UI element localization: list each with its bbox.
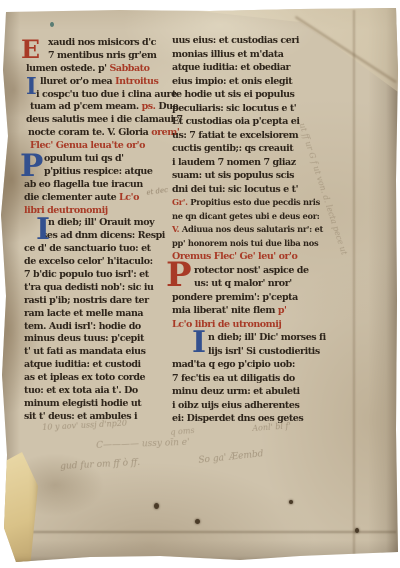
text-line: ab eo flagella tue iracun — [24, 179, 156, 192]
text-line: peculiaris: sic locutus e t' — [172, 102, 298, 116]
crease-line-horizontal — [6, 530, 396, 534]
text-line: opulum tui qs d' — [24, 153, 156, 166]
body-text: atque iuditia: et obediar — [172, 62, 290, 73]
text-line: minu deuz urm: et abuleti — [172, 385, 298, 399]
text-column-right: uus eius: et custodias cerimonias illius… — [172, 34, 298, 426]
text-line: mad'ta q ego p'cipio uob: — [172, 358, 298, 372]
body-text: p'pitius respice: atque — [44, 166, 152, 177]
body-text: minum elegisti hodie ut — [24, 398, 141, 409]
marginalia-note: gud fur om ff ò ff. — [60, 458, 140, 472]
text-line: ram lacte et melle mana — [24, 308, 156, 321]
text-line: lluret or'o mea Introitus — [24, 76, 156, 89]
text-line: i oibz uijs eius adherentes — [172, 399, 298, 413]
body-text: peculiaris: sic locutus e t' — [172, 103, 296, 114]
text-line: t'ra qua dedisti nob': sic iu — [24, 282, 156, 295]
text-line: pp' honorem nois tui due liba nos — [172, 237, 298, 251]
text-line: as et ipleas ex toto corde — [24, 372, 156, 385]
marginalia-note: q oms — [170, 426, 195, 437]
marginalia-note: So ga' Æembd — [198, 449, 264, 466]
text-line: rasti p'ib; nostris dare ter — [24, 295, 156, 308]
parchment-hole — [195, 519, 200, 524]
crease-line-vertical — [352, 10, 356, 558]
text-line: ne qn dicant getes ubi e deus eor: — [172, 210, 298, 224]
text-line: monias illius et m'data — [172, 48, 298, 62]
body-text: mia liberat' nite flem — [172, 305, 278, 316]
rubric-text: Gr'. — [172, 197, 190, 207]
text-line: suam: ut sis populus scis — [172, 169, 298, 183]
body-text: uus eius: et custodias ceri — [172, 35, 299, 46]
body-text: lijs isrl' Si custodieritis — [208, 346, 320, 357]
illuminated-initial: I — [26, 75, 37, 98]
parchment-hole — [154, 503, 159, 509]
text-line: i cospc'u tuo due i clina aure — [24, 89, 156, 102]
body-text: suam: ut sis populus scis — [172, 170, 294, 181]
body-text: dni dei tui: sic locutus e t' — [172, 184, 298, 195]
body-text: n dieb; ill' Dic' morses fi — [208, 332, 326, 343]
body-text: t' ut fati as mandata eius — [24, 346, 146, 357]
body-text: tuam ad p'cem meam. — [30, 101, 142, 112]
text-line: xaudi nos misicors d'c — [24, 37, 156, 50]
text-line: tem. Audi isrl': hodie do — [24, 321, 156, 334]
text-line: mia liberat' nite flem p' — [172, 304, 298, 318]
text-line: V. Adiuua nos deus salutaris nr': et — [172, 223, 298, 237]
text-line: cuctis gentib;: qs creauit — [172, 142, 298, 156]
text-line: deus salutis mee i die clamaui 7 — [24, 114, 156, 127]
text-line: minum elegisti hodie ut — [24, 398, 156, 411]
rubric-text: Lc'o libri de utronomij — [172, 319, 281, 330]
text-line: 7 mentibus nris gr'em — [24, 50, 156, 63]
text-line: 7 fec'tis ea ut diligatis do — [172, 372, 298, 386]
text-line: 7 b'dic populo tuo isrl': et — [24, 269, 156, 282]
body-text: rasti p'ib; nostris dare ter — [24, 295, 149, 306]
body-text: lumen ostede. p' — [26, 63, 109, 74]
body-text: ram lacte et melle mana — [24, 308, 143, 319]
body-text: mad'ta q ego p'cipio uob: — [172, 359, 295, 370]
text-line: dni dei tui: sic locutus e t' — [172, 183, 298, 197]
rubric-text: Lc'o — [119, 192, 139, 203]
blue-pigment-speck — [50, 22, 54, 27]
body-text: monias illius et m'data — [172, 49, 283, 60]
body-text: Propitius esto due pecdis nris — [190, 197, 320, 207]
body-text: pp' honorem nois tui due liba nos — [172, 238, 318, 248]
folded-corner-bottom-left — [0, 452, 42, 568]
text-line: minus deus tuus: p'cepit — [24, 333, 156, 346]
text-line: lumen ostede. p' Sabbato — [24, 63, 156, 76]
fold-crease-top-right — [295, 16, 397, 83]
body-text: ses ad dnm dicens: Respi — [42, 230, 165, 241]
text-line: tuam ad p'cem meam. ps. Due — [24, 101, 156, 114]
body-text: us: 7 fatiat te excelsiorem — [172, 130, 298, 141]
text-line: die clementer aute Lc'o — [24, 192, 156, 205]
body-text: i laudem 7 nomen 7 gliaz — [172, 157, 296, 168]
illuminated-initial: P — [166, 258, 192, 292]
text-line: i laudem 7 nomen 7 gliaz — [172, 156, 298, 170]
body-text: die clementer aute — [24, 192, 119, 203]
rubric-text: Introitus — [115, 76, 158, 87]
text-line: Et custodias oia p'cepta ei — [172, 115, 298, 129]
body-text: tem. Audi isrl': hodie do — [24, 321, 141, 332]
body-text: t'ra qua dedisti nob': sic iu — [24, 282, 154, 293]
text-line: Gr'. Propitius esto due pecdis nris — [172, 196, 298, 210]
text-line: de excelso celor' h'itaculo: — [24, 256, 156, 269]
body-text: 7 mentibus nris gr'em — [48, 50, 157, 61]
illuminated-initial: I — [36, 215, 50, 245]
body-text: nocte coram te. V. Gloria — [28, 127, 151, 138]
body-text: n dieb; ill' Orauit moy — [48, 217, 154, 228]
text-column-left: xaudi nos misicors d'c7 mentibus nris gr… — [24, 37, 156, 424]
body-text: ne qn dicant getes ubi e deus eor: — [172, 211, 320, 221]
rubric-text: Flec' Genua leua'te or'o — [30, 140, 145, 151]
text-line: lijs isrl' Si custodieritis — [172, 345, 298, 359]
body-text: lluret or'o mea — [40, 76, 115, 87]
body-text: atque iuditia: et custodi — [24, 359, 141, 370]
marginalia-note: ut ff ur G f ut von. d. lecta pece ut — [297, 122, 348, 256]
text-line: t' ut fati as mandata eius — [24, 346, 156, 359]
text-line: te hodie ut sis ei populus — [172, 88, 298, 102]
body-text: i cospc'u tuo due i clina aure — [36, 89, 177, 100]
body-text: cuctis gentib;: qs creauit — [172, 143, 293, 154]
body-text: rotector nost' aspice de — [194, 265, 309, 276]
text-line: atque iuditia: et custodi — [24, 359, 156, 372]
marginalia-note: et dec — [146, 186, 169, 197]
parchment-leaf: xaudi nos misicors d'c7 mentibus nris gr… — [0, 0, 400, 568]
illuminated-initial: P — [20, 151, 43, 182]
text-line: Flec' Genua leua'te or'o — [24, 140, 156, 153]
text-line: atque iuditia: et obediar — [172, 61, 298, 75]
text-line: Lc'o libri de utronomij — [172, 318, 298, 332]
body-text: deus salutis mee i die clamaui 7 — [26, 114, 183, 125]
text-line: tuo: et ex tota aia t'. Do — [24, 385, 156, 398]
body-text: de excelso celor' h'itaculo: — [24, 256, 153, 267]
body-text: us: ut q malor' nror' — [194, 278, 292, 289]
rubric-text: p' — [278, 305, 287, 316]
marginalia-note: C———— ussy oīn e' — [96, 438, 190, 451]
body-text: Adiuua nos deus salutaris nr': et — [182, 224, 323, 234]
text-line: p'pitius respice: atque — [24, 166, 156, 179]
body-text: 7 b'dic populo tuo isrl': et — [24, 269, 149, 280]
text-line: uus eius: et custodias ceri — [172, 34, 298, 48]
body-text: te hodie ut sis ei populus — [172, 89, 294, 100]
text-line: n dieb; ill' Dic' morses fi — [172, 331, 298, 345]
parchment-hole — [355, 528, 359, 533]
body-text: 7 fec'tis ea ut diligatis do — [172, 373, 295, 384]
body-text: xaudi nos misicors d'c — [48, 37, 156, 48]
illuminated-initial: E — [21, 37, 40, 62]
rubric-text: ps. — [142, 101, 159, 112]
marginalia-note: Aonl' bl f' — [252, 421, 291, 433]
illuminated-initial: I — [192, 328, 206, 358]
body-text: eius impio: et onis elegit — [172, 76, 292, 87]
parchment-hole — [289, 500, 293, 504]
text-line: us: 7 fatiat te excelsiorem — [172, 129, 298, 143]
body-text: minu deuz urm: et abuleti — [172, 386, 300, 397]
body-text: opulum tui qs d' — [44, 153, 124, 164]
body-text: i oibz uijs eius adherentes — [172, 400, 299, 411]
manuscript-photo: xaudi nos misicors d'c7 mentibus nris gr… — [0, 0, 400, 568]
body-text: Et custodias oia p'cepta ei — [172, 116, 300, 127]
rubric-text: Sabbato — [109, 63, 149, 74]
text-line: eius impio: et onis elegit — [172, 75, 298, 89]
body-text: tuo: et ex tota aia t'. Do — [24, 385, 138, 396]
rubric-text: V. — [172, 224, 182, 234]
body-text: as et ipleas ex toto corde — [24, 372, 145, 383]
body-text: minus deus tuus: p'cepit — [24, 333, 144, 344]
text-line: nocte coram te. V. Gloria orem' — [24, 127, 156, 140]
